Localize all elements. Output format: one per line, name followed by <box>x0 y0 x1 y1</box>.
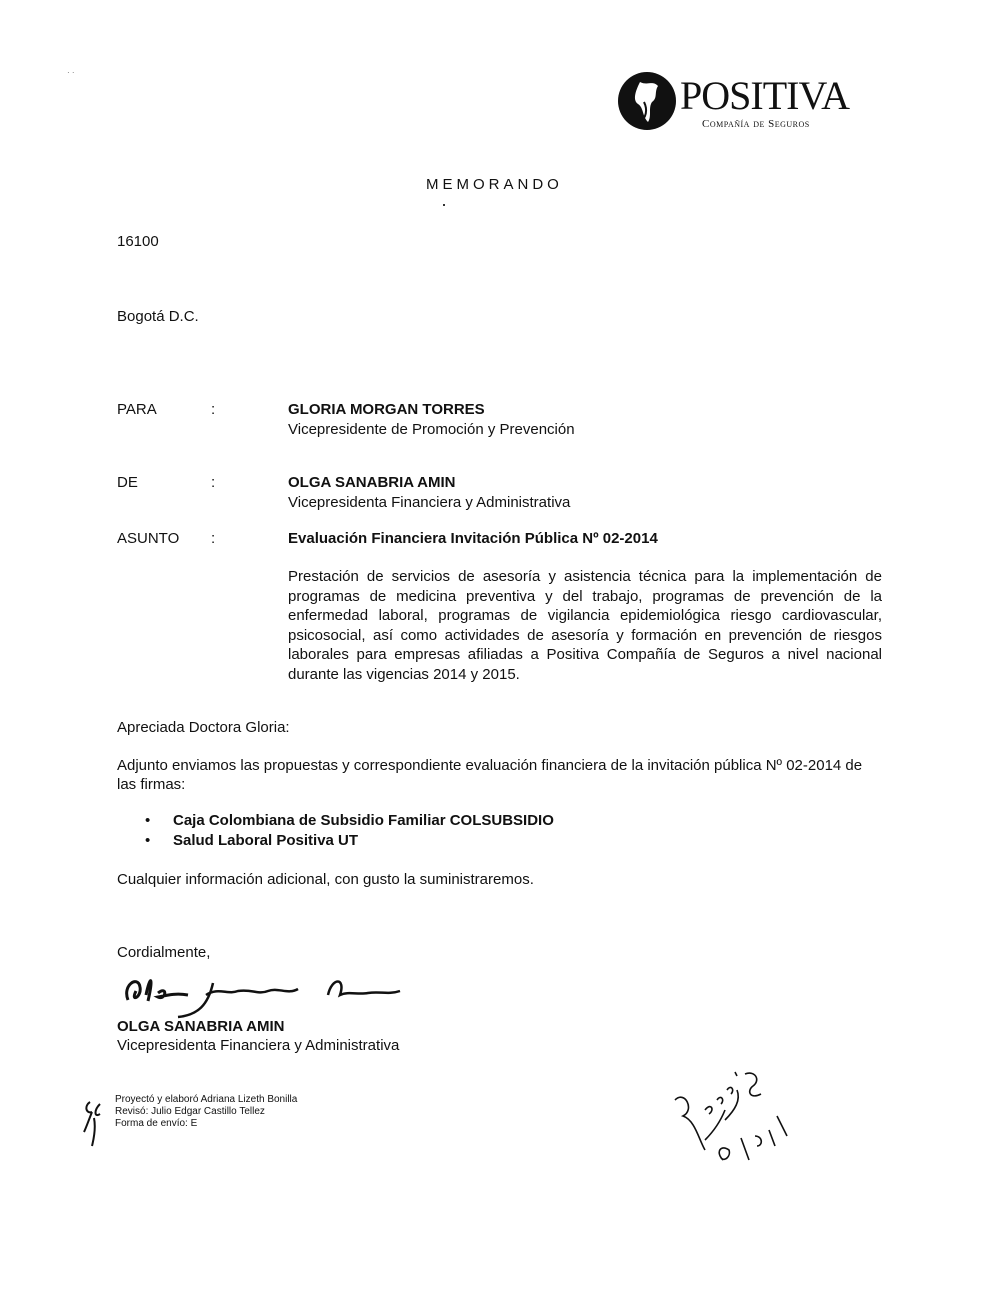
para-colon: : <box>211 401 215 418</box>
list-item: Salud Laboral Positiva UT <box>145 831 554 851</box>
positiva-logo-icon <box>618 72 676 130</box>
de-colon: : <box>211 474 215 491</box>
received-handwritten-note-icon <box>665 1060 825 1180</box>
city: Bogotá D.C. <box>117 308 199 325</box>
footer-notes: Proyectó y elaboró Adriana Lizeth Bonill… <box>115 1094 297 1130</box>
footer-reviewed-by: Revisó: Julio Edgar Castillo Tellez <box>115 1106 297 1118</box>
asunto-colon: : <box>211 530 215 547</box>
subject: Evaluación Financiera Invitación Pública… <box>288 529 658 549</box>
brand-name: POSITIVA <box>680 74 849 118</box>
signatory-name: OLGA SANABRIA AMIN <box>117 1018 285 1035</box>
valediction: Cordialmente, <box>117 944 210 961</box>
list-item: Caja Colombiana de Subsidio Familiar COL… <box>145 811 554 831</box>
greeting: Apreciada Doctora Gloria: <box>117 719 290 736</box>
asunto-label: ASUNTO <box>117 530 179 547</box>
signatory-title: Vicepresidenta Financiera y Administrati… <box>117 1037 399 1054</box>
scan-mark: · · <box>67 68 75 77</box>
subject-description: Prestación de servicios de asesoría y as… <box>288 567 882 684</box>
scan-dot <box>443 204 445 206</box>
recipient-role: Vicepresidente de Promoción y Prevención <box>288 420 575 440</box>
document-title: MEMORANDO <box>426 176 563 193</box>
brand-subtitle: Compañía de Seguros <box>702 118 810 130</box>
body-paragraph: Adjunto enviamos las propuestas y corres… <box>117 756 882 794</box>
initials-icon <box>80 1098 110 1148</box>
reference-number: 16100 <box>117 233 159 250</box>
closing-line: Cualquier información adicional, con gus… <box>117 871 534 888</box>
recipient-name: GLORIA MORGAN TORRES <box>288 400 485 420</box>
firms-list: Caja Colombiana de Subsidio Familiar COL… <box>145 811 554 851</box>
para-label: PARA <box>117 401 157 418</box>
sender-role: Vicepresidenta Financiera y Administrati… <box>288 493 570 513</box>
sender-name: OLGA SANABRIA AMIN <box>288 473 456 493</box>
footer-prepared-by: Proyectó y elaboró Adriana Lizeth Bonill… <box>115 1094 297 1106</box>
de-label: DE <box>117 474 138 491</box>
footer-send-method: Forma de envío: E <box>115 1118 297 1130</box>
signature-icon <box>118 965 418 1020</box>
